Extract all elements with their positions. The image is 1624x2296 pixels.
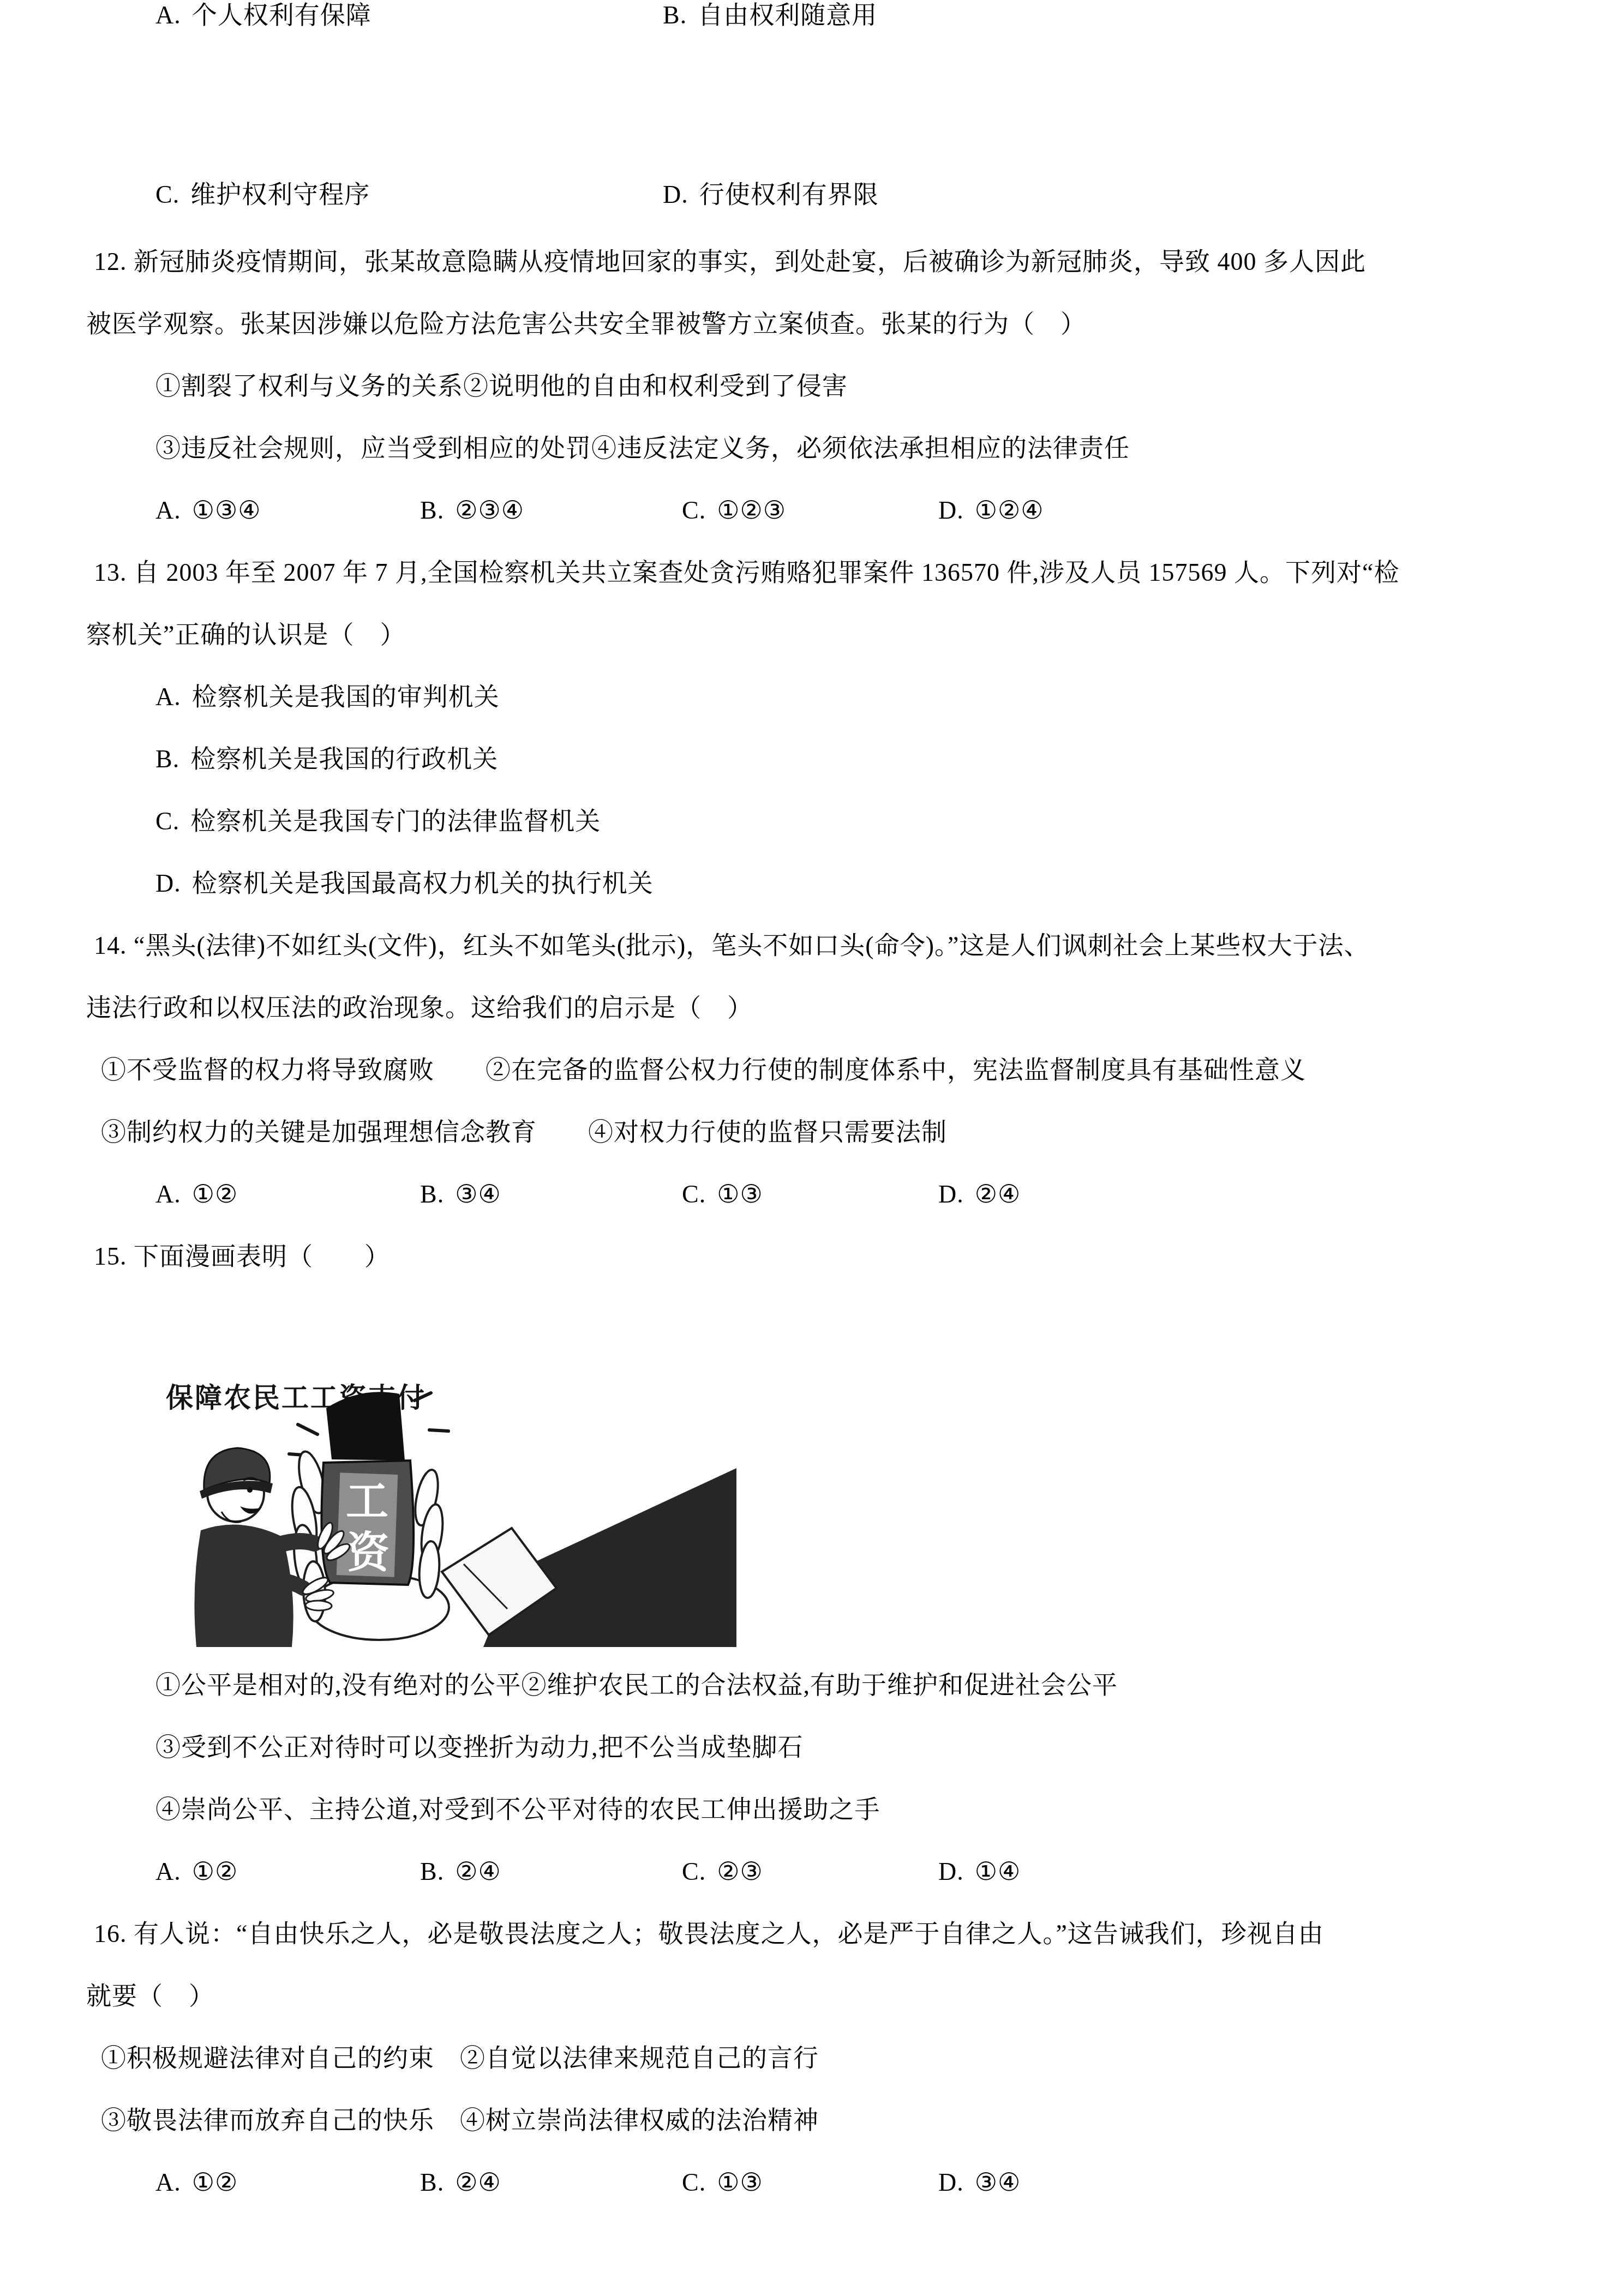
q14-items-line2: ③制约权力的关键是加强理想信念教育 ④对权力行使的监督只需要法制 <box>101 1117 947 1147</box>
q14-answers-row: A.①② B.③④ C.①③ D.②④ <box>155 1179 1465 1210</box>
q14-answer-c: C.①③ <box>682 1179 763 1210</box>
worker-arm-upper <box>266 1541 314 1550</box>
q15-answer-b: B.②④ <box>420 1856 501 1887</box>
q14-answer-d: D.②④ <box>938 1179 1021 1210</box>
q14-items-line1: ①不受监督的权力将导致腐败 ②在完备的监督公权力行使的制度体系中，宪法监督制度具… <box>101 1055 1306 1085</box>
worker-eye <box>247 1487 253 1493</box>
q13-stem-line1: 13. 自 2003 年至 2007 年 7 月,全国检察机关共立案查处贪污贿赂… <box>94 557 1399 588</box>
q16-answer-b: B.②④ <box>420 2167 501 2198</box>
q15-stem: 15. 下面漫画表明（ ） <box>94 1241 390 1272</box>
q16-stem-line2: 就要（ ） <box>86 1981 214 2011</box>
q15-items-line1: ①公平是相对的,没有绝对的公平②维护农民工的合法权益,有助于维护和促进社会公平 <box>155 1670 1118 1700</box>
q12-answer-a: A.①③④ <box>155 495 261 526</box>
q13-option-c: C.检察机关是我国专门的法律监督机关 <box>155 806 601 837</box>
q16-stem-line1: 16. 有人说：“自由快乐之人，必是敬畏法度之人；敬畏法度之人，必是严于自律之人… <box>94 1919 1324 1949</box>
q12-stem-line1: 12. 新冠肺炎疫情期间，张某故意隐瞒从疫情地回家的事实，到处赴宴，后被确诊为新… <box>94 247 1366 277</box>
q16-answer-c: C.①③ <box>682 2167 763 2198</box>
q15-answer-d: D.①④ <box>938 1856 1021 1887</box>
q13-option-a: A.检察机关是我国的审判机关 <box>155 682 500 712</box>
q12-answers-row: A.①③④ B.②③④ C.①②③ D.①②④ <box>155 495 1465 526</box>
q13-option-d: D.检察机关是我国最高权力机关的执行机关 <box>155 868 654 899</box>
q15-answer-a: A.①② <box>155 1856 238 1887</box>
q12-answer-c: C.①②③ <box>682 495 786 526</box>
q13-stem-line2: 察机关”正确的认识是（ ） <box>86 620 405 650</box>
q11-option-b: B.自由权利随意用 <box>663 0 877 31</box>
q15-cartoon: 保障农民工工资支付 <box>158 1336 736 1647</box>
q11-options-row-cd: C.维护权利守程序 D.行使权利有界限 <box>155 179 1465 210</box>
exam-page: A.个人权利有保障 B.自由权利随意用 C.维护权利守程序 D.行使权利有界限 … <box>0 0 1624 2296</box>
q11-option-d: D.行使权利有界限 <box>663 179 879 210</box>
q12-items-line2: ③违反社会规则，应当受到相应的处罚④违反法定义务，必须依法承担相应的法律责任 <box>155 433 1130 464</box>
q12-answer-b: B.②③④ <box>420 495 524 526</box>
q16-items-line2: ③敬畏法律而放弃自己的快乐 ④树立崇尚法律权威的法治精神 <box>101 2105 819 2136</box>
q11-options-row-ab: A.个人权利有保障 B.自由权利随意用 <box>155 0 1465 31</box>
q12-items-line1: ①割裂了权利与义务的关系②说明他的自由和权利受到了侵害 <box>155 371 848 401</box>
q13-option-b: B.检察机关是我国的行政机关 <box>155 744 498 774</box>
bag-label-char1: 工 <box>346 1478 388 1525</box>
q14-stem-line2: 违法行政和以权压法的政治现象。这给我们的启示是（ ） <box>86 993 753 1023</box>
q15-items-line2: ③受到不公正对待时可以变挫折为动力,把不公当成垫脚石 <box>155 1732 804 1763</box>
q14-answer-b: B.③④ <box>420 1179 501 1210</box>
q15-items-line3: ④崇尚公平、主持公道,对受到不公平对待的农民工伸出援助之手 <box>155 1794 880 1825</box>
q16-items-line1: ①积极规避法律对自己的约束 ②自觉以法律来规范自己的言行 <box>101 2043 819 2073</box>
q16-answer-a: A.①② <box>155 2167 238 2198</box>
money-bag-top <box>326 1392 405 1460</box>
q15-answer-c: C.②③ <box>682 1856 763 1887</box>
q15-answers-row: A.①② B.②④ C.②③ D.①④ <box>155 1856 1465 1887</box>
q12-answer-d: D.①②④ <box>938 495 1044 526</box>
q12-stem-line2: 被医学观察。张某因涉嫌以危险方法危害公共安全罪被警方立案侦查。张某的行为（ ） <box>86 309 1086 339</box>
q14-stem-line1: 14. “黑头(法律)不如红头(文件)，红头不如笔头(批示)，笔头不如口头(命令… <box>94 930 1369 961</box>
q16-answers-row: A.①② B.②④ C.①③ D.③④ <box>155 2167 1465 2198</box>
q11-option-a: A.个人权利有保障 <box>155 1 371 29</box>
bag-label-char2: 资 <box>347 1529 391 1577</box>
q14-answer-a: A.①② <box>155 1179 238 1210</box>
q16-answer-d: D.③④ <box>938 2167 1021 2198</box>
q11-option-c: C.维护权利守程序 <box>155 181 370 208</box>
